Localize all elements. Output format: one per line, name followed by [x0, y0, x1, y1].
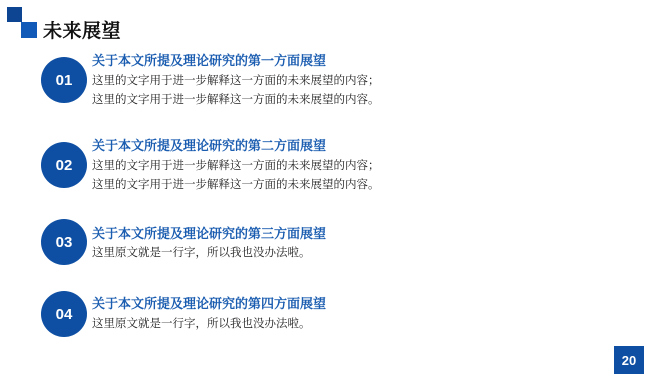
item-description-line: 这里的文字用于进一步解释这一方面的未来展望的内容； [92, 156, 380, 174]
number-badge: 02 [41, 142, 87, 188]
item-heading: 关于本文所提及理论研究的第一方面展望 [92, 54, 326, 70]
item-heading: 关于本文所提及理论研究的第四方面展望 [92, 297, 326, 313]
outlook-item-3: 03 关于本文所提及理论研究的第三方面展望 这里原文就是一行字，所以我也没办法啦… [41, 219, 481, 279]
logo-square-light [21, 22, 37, 38]
outlook-item-2: 02 关于本文所提及理论研究的第二方面展望 这里的文字用于进一步解释这一方面的未… [41, 142, 481, 202]
page-number: 20 [614, 346, 644, 374]
item-description-line: 这里原文就是一行字，所以我也没办法啦。 [92, 243, 311, 261]
item-description-line: 这里的文字用于进一步解释这一方面的未来展望的内容； [92, 71, 380, 89]
item-heading: 关于本文所提及理论研究的第三方面展望 [92, 227, 326, 243]
number-badge: 04 [41, 291, 87, 337]
number-badge: 03 [41, 219, 87, 265]
outlook-item-1: 01 关于本文所提及理论研究的第一方面展望 这里的文字用于进一步解释这一方面的未… [41, 57, 481, 117]
outlook-item-4: 04 关于本文所提及理论研究的第四方面展望 这里原文就是一行字，所以我也没办法啦… [41, 291, 481, 351]
item-description-line: 这里原文就是一行字，所以我也没办法啦。 [92, 314, 311, 332]
item-description-line: 这里的文字用于进一步解释这一方面的未来展望的内容。 [92, 90, 380, 108]
number-badge: 01 [41, 57, 87, 103]
logo-square-dark [7, 7, 22, 22]
item-heading: 关于本文所提及理论研究的第二方面展望 [92, 139, 326, 155]
slide-title: 未来展望 [43, 20, 121, 42]
item-description-line: 这里的文字用于进一步解释这一方面的未来展望的内容。 [92, 175, 380, 193]
